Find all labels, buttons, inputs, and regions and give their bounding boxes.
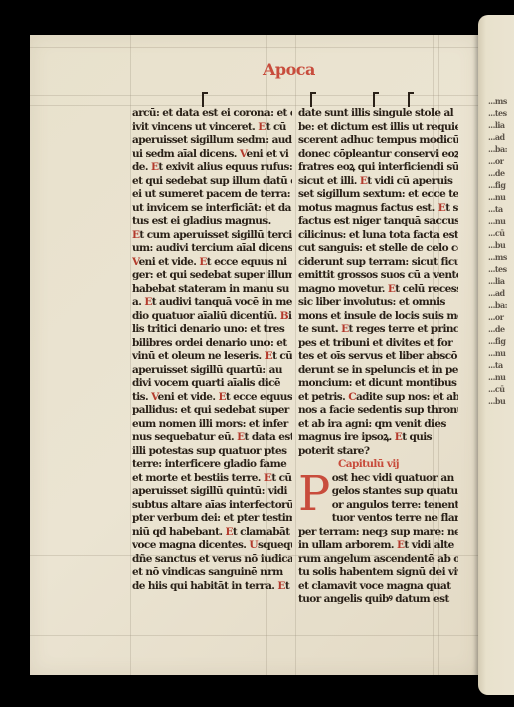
text-line: motus magnus factus est. Et sol — [298, 202, 458, 216]
text-line: mons et insule de locis suis mo — [298, 310, 458, 324]
text-line: et qui sedebat sup illum datū est — [132, 175, 292, 189]
next-page-line: ...de — [488, 323, 507, 335]
text-line: nos a facie sedentis sup thronū — [298, 404, 458, 418]
next-page-line: ...fig — [488, 179, 507, 191]
next-page-line: ...cū — [488, 383, 507, 395]
text-line: aperuisset sigillū quintū: vidi — [132, 485, 292, 499]
next-page-line: ...nu — [488, 347, 507, 359]
text-line: um: audivi tercium aīal dicens: — [132, 242, 292, 256]
text-line: sicut et illi. Et vidi cū aperuis — [298, 175, 458, 189]
text-line: sic liber involutus: et omnis — [298, 296, 458, 310]
text-line: tis. Veni et vide. Et ecce equus — [132, 391, 292, 405]
text-line: cilicinus: et luna tota facta est si — [298, 229, 458, 243]
text-line: pter verbum dei: et pter testimo — [132, 512, 292, 526]
ascender-mark — [202, 92, 204, 107]
text-line: bilibres ordei denario uno: et — [132, 337, 292, 351]
next-page-line: ...ta — [488, 359, 507, 371]
top-rule-2 — [30, 95, 478, 96]
text-line: et nō vindicas sanguinē nrm — [132, 566, 292, 580]
next-page-line: ...tes — [488, 107, 507, 119]
next-page-line: ...ms — [488, 95, 507, 107]
text-column-left: arcū: et data est ei corona: et exivit v… — [132, 107, 292, 593]
text-line: tu solis habentem signū dei vivi: — [298, 566, 458, 580]
next-page-line: ...ba: — [488, 299, 507, 311]
text-line: in ullam arborem. Et vidi alte — [298, 539, 458, 553]
ascender-mark — [310, 92, 312, 107]
text-line: vinū et oleum ne leseris. Et cū — [132, 350, 292, 364]
next-page-line: ...nu — [488, 215, 507, 227]
initial-capital: P — [298, 474, 330, 514]
text-line: de. Et exivit alius equus rufus: — [132, 161, 292, 175]
next-page-line: ...ba: — [488, 143, 507, 155]
top-rule-1 — [30, 47, 478, 48]
text-line: scerent adhuc tempus modicū: — [298, 134, 458, 148]
next-page-text: ...ms...tes...lia...ad...ba:...or...de..… — [488, 95, 507, 407]
text-column-right: date sunt illis singule stole albe: et d… — [298, 107, 458, 607]
text-line: factus est niger tanquā saccus — [298, 215, 458, 229]
ascender-mark — [408, 92, 410, 107]
text-line: terre: interficere gladio fame — [132, 458, 292, 472]
text-line: et petris. Cadite sup nos: et abscondite — [298, 391, 458, 405]
text-line: ger: et qui sedebat super illum — [132, 269, 292, 283]
text-line: subtus altare aīas interfectorū — [132, 499, 292, 513]
text-line: gelos stantes sup quatu — [332, 485, 458, 499]
next-page-line: ...nu — [488, 191, 507, 203]
next-page-line: ...ta — [488, 203, 507, 215]
text-line: voce magna dicentes. Usquequo — [132, 539, 292, 553]
next-page-line: ...lia — [488, 119, 507, 131]
next-page-line: ...fig — [488, 335, 507, 347]
text-line: ut invicem se interficiāt: et da — [132, 202, 292, 216]
text-line: te sunt. Et reges terre et principes — [298, 323, 458, 337]
next-page-line: ...tes — [488, 263, 507, 275]
next-page-line: ...ad — [488, 131, 507, 143]
text-line: date sunt illis singule stole al — [298, 107, 458, 121]
text-line: divi vocem quarti aīalis dicē — [132, 377, 292, 391]
text-line: habebat stateram in manu su — [132, 283, 292, 297]
ascender-mark — [373, 92, 375, 107]
text-line: ivit vincens ut vinceret. Et cū — [132, 121, 292, 135]
text-line: emittit grossos suos cū a vento — [298, 269, 458, 283]
next-page-edge: ...ms...tes...lia...ad...ba:...or...de..… — [478, 15, 514, 695]
text-line: or angulos terre: tenentes qua — [332, 499, 458, 513]
next-page-line: ...bu — [488, 239, 507, 251]
text-line: donec cōpleantur conservi eoꝝ et — [298, 148, 458, 162]
text-line: moncium: et dicunt montibus — [298, 377, 458, 391]
chapter-heading: Capitulū vij — [338, 458, 458, 472]
next-page-line: ...bu — [488, 395, 507, 407]
next-page-line: ...lia — [488, 275, 507, 287]
text-line: cut sanguis: et stelle de celo ce — [298, 242, 458, 256]
text-line: tuor ventos terre ne flarent su — [332, 512, 458, 526]
text-line: tuor angelis quibꝰ datum est — [298, 593, 458, 607]
text-line: et clamavit voce magna quat — [298, 580, 458, 594]
text-line: et morte et bestiis terre. Et cū — [132, 472, 292, 486]
next-page-line: ...ms — [488, 251, 507, 263]
text-line: per terram: neqȝ sup mare: neqȝ — [298, 526, 458, 540]
text-line: nus sequebatur eū. Et data est — [132, 431, 292, 445]
text-line: lis tritici denario uno: et tres — [132, 323, 292, 337]
text-line: ost hec vidi quatuor an — [332, 472, 458, 486]
text-line: tus est ei gladius magnus. — [132, 215, 292, 229]
text-line: niū qd habebant. Et clamabāt — [132, 526, 292, 540]
text-line: dñe sanctus et verus nō iudicas — [132, 553, 292, 567]
next-page-line: ...de — [488, 167, 507, 179]
text-line: aperuisset sigillū quartū: au — [132, 364, 292, 378]
manuscript-page: Apoca arcū: et data est ei corona: et ex… — [30, 35, 478, 675]
text-line: Veni et vide. Et ecce equus ni — [132, 256, 292, 270]
text-line: fratres eoꝝ qui interficiendi sūt — [298, 161, 458, 175]
text-line: de hiis qui habitāt in terra. Et — [132, 580, 292, 594]
text-line: magnus ire ipsoꝝ. Et quis — [298, 431, 458, 445]
text-line: set sigillum sextum: et ecce terre — [298, 188, 458, 202]
next-page-line: ...nu — [488, 371, 507, 383]
text-line: ui sedm aīal dicens. Veni et vi — [132, 148, 292, 162]
text-line: eum nomen illi mors: et infer — [132, 418, 292, 432]
next-page-line: ...ad — [488, 287, 507, 299]
text-line: Et cum aperuisset sigillū terci — [132, 229, 292, 243]
text-line: ciderunt sup terram: sicut ficus — [298, 256, 458, 270]
text-line: pes et tribuni et divites et for — [298, 337, 458, 351]
next-page-line: ...cū — [488, 227, 507, 239]
next-page-line: ...or — [488, 155, 507, 167]
column-rule-right-left — [295, 35, 296, 675]
text-line: be: et dictum est illis ut requie — [298, 121, 458, 135]
text-line: derunt se in speluncis et in petris — [298, 364, 458, 378]
text-line: poterit stare? — [298, 445, 458, 459]
text-line: dio quatuor aīaliū dicentiū. Bi — [132, 310, 292, 324]
text-line: ei ut sumeret pacem de terra: et — [132, 188, 292, 202]
margin-rule-left — [130, 35, 131, 675]
text-line: a. Et audivi tanquā vocē in me — [132, 296, 292, 310]
text-line: illi potestas sup quatuor ptes — [132, 445, 292, 459]
text-line: pallidus: et qui sedebat super — [132, 404, 292, 418]
text-top-rule — [30, 105, 478, 106]
text-line: et ab ira agni: qm venit dies — [298, 418, 458, 432]
bottom-rule — [30, 635, 478, 636]
running-title: Apoca — [263, 60, 315, 79]
text-line: rum angelum ascendentē ab or — [298, 553, 458, 567]
next-page-line: ...or — [488, 311, 507, 323]
text-line: tes et oīs servus et liber abscō — [298, 350, 458, 364]
text-line: aperuisset sigillum sedm: audi — [132, 134, 292, 148]
text-line: arcū: et data est ei corona: et ex — [132, 107, 292, 121]
text-line: magno movetur. Et celū recessit — [298, 283, 458, 297]
